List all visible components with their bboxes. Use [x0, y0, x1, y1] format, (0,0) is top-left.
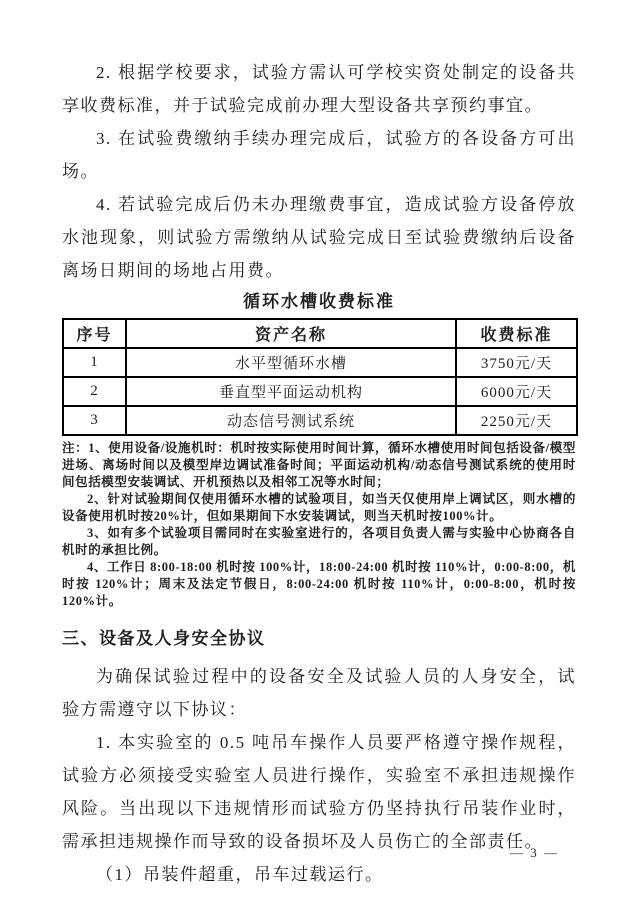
- table-row: 1 水平型循环水槽 3750元/天: [63, 348, 577, 377]
- table-cell-index: 1: [63, 348, 126, 377]
- header-cell-asset-name: 资产名称: [126, 319, 456, 348]
- fee-table-title: 循环水槽收费标准: [62, 289, 576, 315]
- fee-table-header-row: 序号 资产名称 收费标准: [63, 319, 577, 348]
- table-cell-asset-name: 水平型循环水槽: [126, 348, 456, 377]
- note-line-2: 2、针对试验期间仅使用循环水槽的试验项目，如当天仅使用岸上调试区，则水槽的设备使…: [62, 491, 576, 525]
- table-cell-fee: 6000元/天: [456, 377, 577, 406]
- note-line-1: 注：1、使用设备/设施机时：机时按实际使用时间计算，循环水槽使用时间包括设备/模…: [62, 440, 576, 491]
- paragraph-fee-payment: 3. 在试验费缴纳手续办理完成后，试验方的各设备方可出场。: [62, 122, 576, 188]
- table-cell-fee: 3750元/天: [456, 348, 577, 377]
- paragraph-equipment-sharing: 2. 根据学校要求，试验方需认可学校实资处制定的设备共享收费标准，并于试验完成前…: [62, 56, 576, 122]
- paragraph-safety-intro: 为确保试验过程中的设备安全及试验人员的人身安全，试验方需遵守以下协议：: [62, 660, 576, 726]
- document-page: 2. 根据学校要求，试验方需认可学校实资处制定的设备共享收费标准，并于试验完成前…: [0, 0, 639, 904]
- table-cell-asset-name: 动态信号测试系统: [126, 406, 456, 435]
- table-cell-index: 2: [63, 377, 126, 406]
- note-line-3: 3、如有多个试验项目需同时在实验室进行的，各项目负责人需与实验中心协商各自机时的…: [62, 525, 576, 559]
- header-cell-index: 序号: [63, 319, 126, 348]
- fee-table: 序号 资产名称 收费标准 1 水平型循环水槽 3750元/天 2 垂直型平面运动…: [62, 318, 578, 436]
- document-content: 2. 根据学校要求，试验方需认可学校实资处制定的设备共享收费标准，并于试验完成前…: [62, 56, 576, 891]
- section-heading-safety-agreement: 三、设备及人身安全协议: [62, 627, 576, 651]
- table-row: 3 动态信号测试系统 2250元/天: [63, 406, 577, 435]
- page-number: — 3 —: [510, 845, 559, 861]
- note-line-4: 4、工作日 8:00-18:00 机时按 100%计，18:00-24:00 机…: [62, 559, 576, 610]
- paragraph-crane-rules: 1. 本实验室的 0.5 吨吊车操作人员要严格遵守操作规程，试验方必须接受实验室…: [62, 726, 576, 858]
- header-cell-fee-standard: 收费标准: [456, 319, 577, 348]
- table-cell-fee: 2250元/天: [456, 406, 577, 435]
- table-cell-asset-name: 垂直型平面运动机构: [126, 377, 456, 406]
- paragraph-violation-item-1: （1）吊装件超重，吊车过载运行。: [62, 858, 576, 891]
- table-notes: 注：1、使用设备/设施机时：机时按实际使用时间计算，循环水槽使用时间包括设备/模…: [62, 440, 576, 610]
- table-row: 2 垂直型平面运动机构 6000元/天: [63, 377, 577, 406]
- table-cell-index: 3: [63, 406, 126, 435]
- paragraph-overdue-fee: 4. 若试验完成后仍未办理缴费事宜，造成试验方设备停放水池现象，则试验方需缴纳从…: [62, 188, 576, 287]
